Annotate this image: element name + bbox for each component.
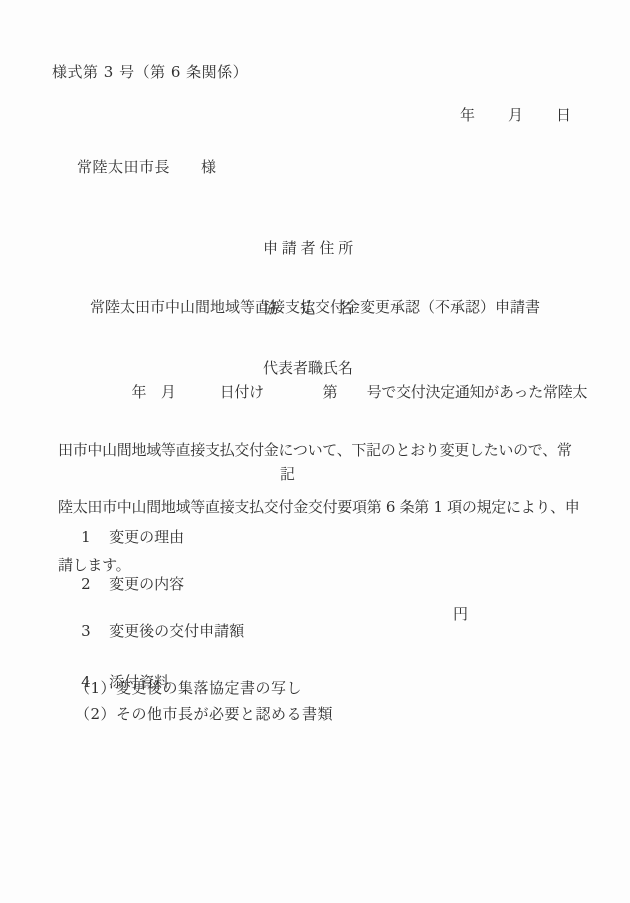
item-2-number: 2: [81, 576, 109, 593]
addressee: 常陸太田市長 様: [77, 159, 217, 176]
item-row-1: 1変更の理由: [62, 512, 184, 563]
item-1-number: 1: [81, 529, 109, 546]
amount-unit-label: 円: [453, 606, 468, 623]
body-line-2: 田市中山間地域等直接支払交付金について、下記のとおり変更したいので、常: [58, 439, 578, 463]
item-2-label: 変更の内容: [109, 575, 184, 593]
item-1-label: 変更の理由: [109, 528, 184, 546]
application-form-page: 様式第 3 号（第 6 条関係） 年 月 日 常陸太田市長 様 申請者住所 協定…: [0, 0, 630, 903]
item-row-2: 2変更の内容: [62, 559, 184, 610]
record-marker: 記: [280, 466, 295, 483]
form-number: 様式第 3 号（第 6 条関係）: [52, 64, 248, 81]
applicant-address-label: 申請者住所: [263, 240, 376, 266]
item-3-label: 変更後の交付申請額: [109, 622, 244, 640]
body-line-1: 年 月 日付け 第 号で交付決定通知があった常陸太: [58, 381, 578, 405]
attachment-line-1: （1）変更後の集落協定書の写し: [75, 680, 302, 697]
item-3-number: 3: [81, 623, 109, 640]
attachment-line-2: （2）その他市長が必要と認める書類: [75, 706, 333, 723]
issue-date-line: 年 月 日: [460, 107, 572, 124]
document-title: 常陸太田市中山間地域等直接支払交付金変更承認（不承認）申請書: [58, 299, 572, 316]
